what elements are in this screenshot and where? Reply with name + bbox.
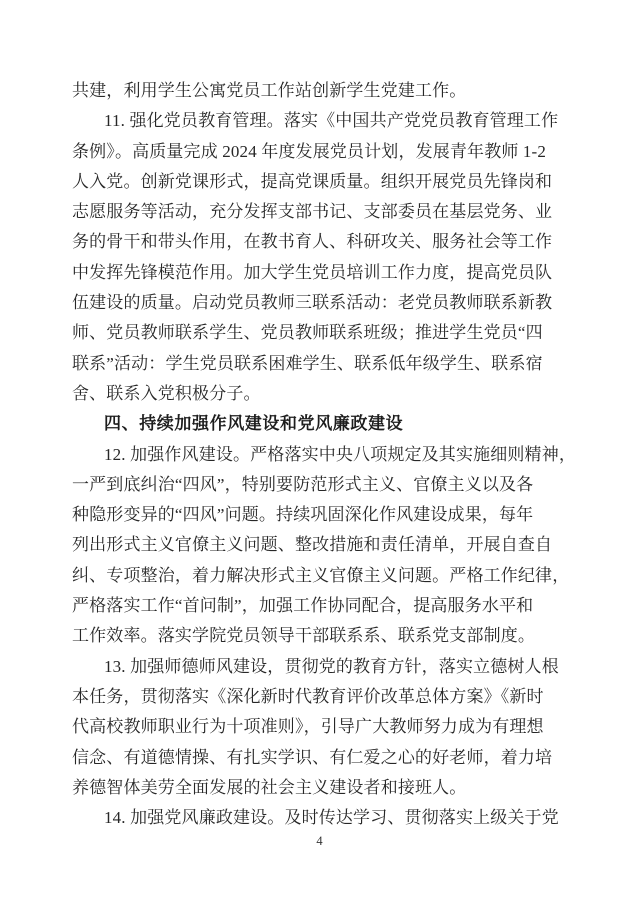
- text-line: 一严到底纠治“四风”，特别要防范形式主义、官僚主义以及各: [72, 470, 572, 500]
- document-page: 共建，利用学生公寓党员工作站创新学生党建工作。 11. 强化党员教育管理。落实《…: [0, 0, 639, 905]
- text-line: 舍、联系入党积极分子。: [72, 379, 572, 409]
- text-line: 13. 加强师德师风建设，贯彻党的教育方针，落实立德树人根: [72, 652, 572, 682]
- text-line: 条例》。高质量完成 2024 年度发展党员计划，发展青年教师 1-2: [72, 137, 572, 167]
- text-line: 列出形式主义官僚主义问题、整改措施和责任清单，开展自查自: [72, 530, 572, 560]
- text-line: 种隐形变异的“四风”问题。持续巩固深化作风建设成果，每年: [72, 500, 572, 530]
- page-number: 4: [0, 834, 639, 849]
- section-heading: 四、持续加强作风建设和党风廉政建设: [72, 409, 572, 439]
- text-line: 11. 强化党员教育管理。落实《中国共产党党员教育管理工作: [72, 106, 572, 136]
- text-line: 14. 加强党风廉政建设。及时传达学习、贯彻落实上级关于党: [72, 803, 572, 833]
- text-line: 12. 加强作风建设。严格落实中央八项规定及其实施细则精神，: [72, 440, 572, 470]
- text-line: 本任务，贯彻落实《深化新时代教育评价改革总体方案》《新时: [72, 682, 572, 712]
- text-line: 代高校教师职业行为十项准则》，引导广大教师努力成为有理想: [72, 712, 572, 742]
- text-line: 养德智体美劳全面发展的社会主义建设者和接班人。: [72, 773, 572, 803]
- document-body: 共建，利用学生公寓党员工作站创新学生党建工作。 11. 强化党员教育管理。落实《…: [72, 76, 572, 833]
- text-line: 志愿服务等活动，充分发挥支部书记、支部委员在基层党务、业: [72, 197, 572, 227]
- text-line: 纠、专项整治，着力解决形式主义官僚主义问题。严格工作纪律，: [72, 561, 572, 591]
- text-line: 信念、有道德情操、有扎实学识、有仁爱之心的好老师，着力培: [72, 743, 572, 773]
- text-line: 联系”活动：学生党员联系困难学生、联系低年级学生、联系宿: [72, 349, 572, 379]
- text-line: 人入党。创新党课形式，提高党课质量。组织开展党员先锋岗和: [72, 167, 572, 197]
- text-line: 伍建设的质量。启动党员教师三联系活动：老党员教师联系新教: [72, 288, 572, 318]
- text-line: 工作效率。落实学院党员领导干部联系系、联系党支部制度。: [72, 621, 572, 651]
- text-line: 务的骨干和带头作用，在教书育人、科研攻关、服务社会等工作: [72, 227, 572, 257]
- text-line: 严格落实工作“首问制”，加强工作协同配合，提高服务水平和: [72, 591, 572, 621]
- text-line: 师、党员教师联系学生、党员教师联系班级；推进学生党员“四: [72, 318, 572, 348]
- text-line: 中发挥先锋模范作用。加大学生党员培训工作力度，提高党员队: [72, 258, 572, 288]
- text-line: 共建，利用学生公寓党员工作站创新学生党建工作。: [72, 76, 572, 106]
